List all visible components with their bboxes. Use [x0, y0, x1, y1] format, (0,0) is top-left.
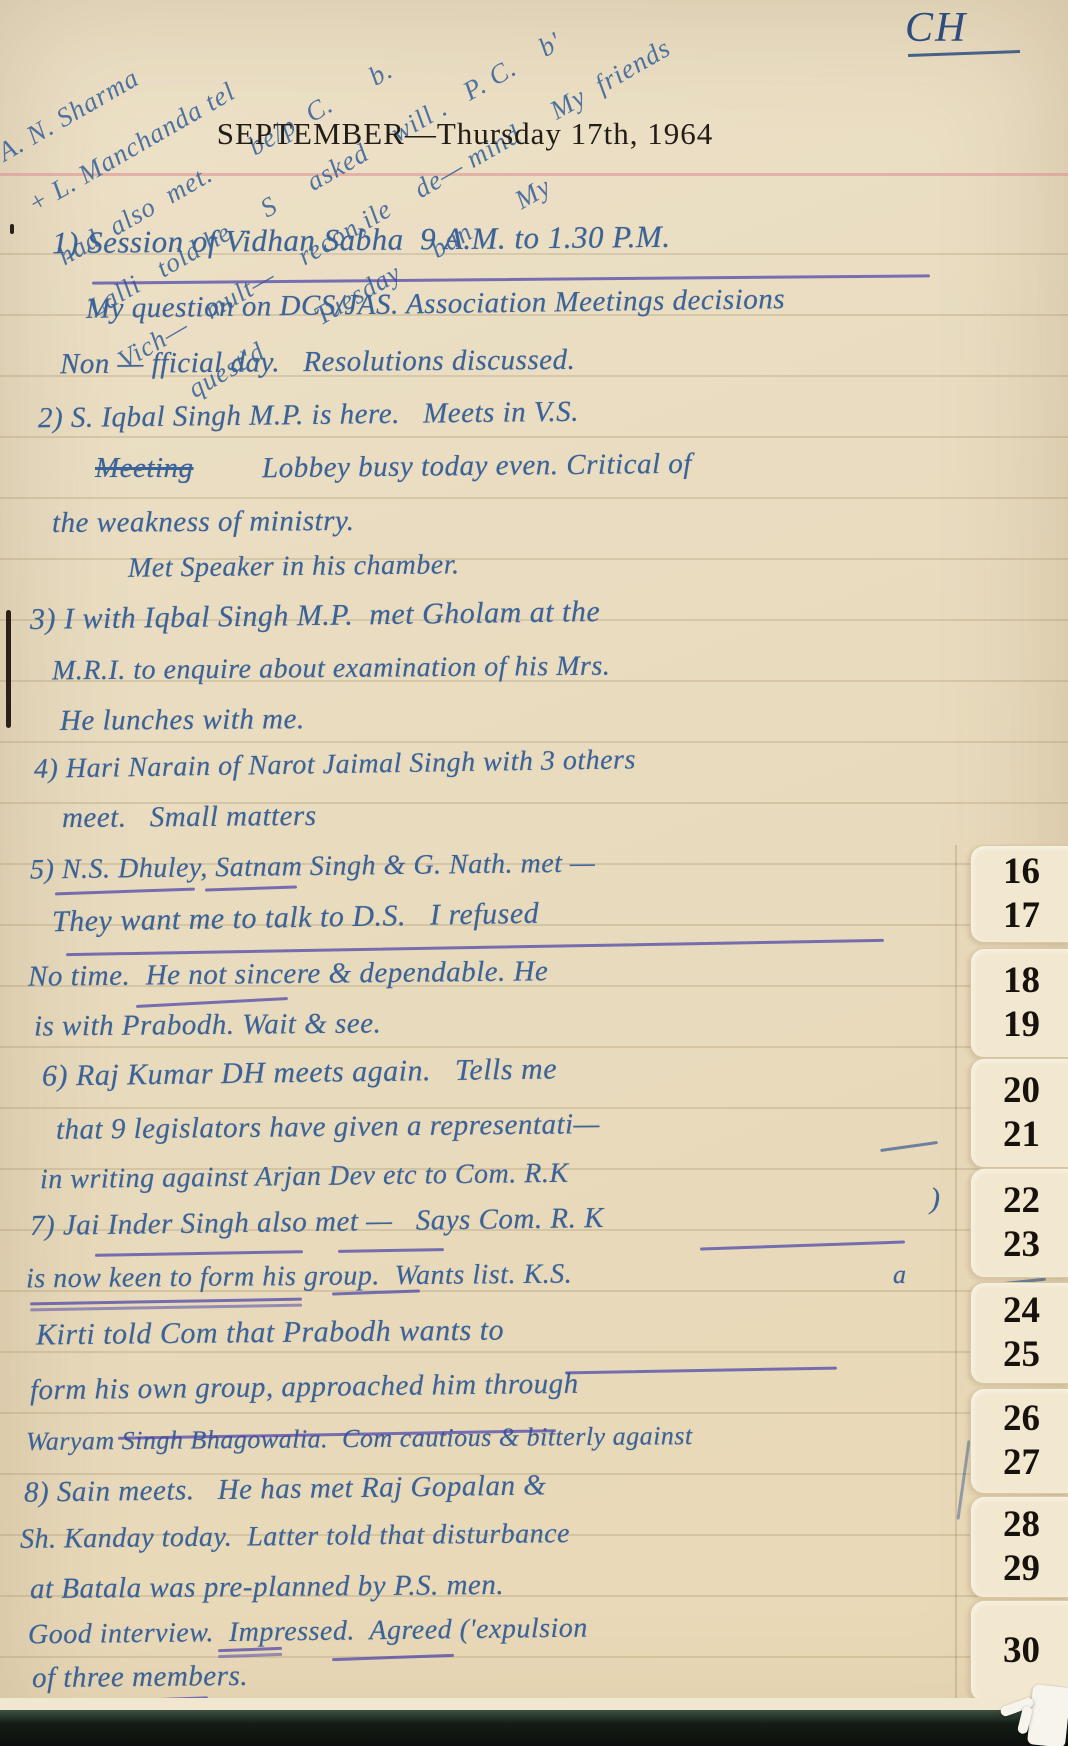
ink-underline-double	[30, 1298, 302, 1306]
binding-stitch	[6, 610, 11, 728]
thumb-tab-26-27: 26 27	[970, 1388, 1068, 1494]
thumb-tab-28-29: 28 29	[970, 1496, 1068, 1598]
entry-line: is now keen to form his group. Wants lis…	[26, 1259, 572, 1296]
entry-line: M.R.I. to enquire about examination of h…	[52, 651, 611, 688]
entry-line: 6) Raj Kumar DH meets again. Tells me	[42, 1052, 557, 1093]
struck-word: Meeting	[95, 452, 194, 485]
tab-number: 18	[971, 960, 1068, 1002]
binding-stitch	[10, 224, 14, 234]
tab-number: 30	[971, 1630, 1068, 1672]
entry-line: 1) Session of Vidhan Sabha 9 A.M. to 1.3…	[52, 219, 671, 261]
diary-page-scan: A. N. Sharma + L. Manchanda tel had also…	[0, 0, 1068, 1746]
ink-underline	[66, 939, 884, 956]
tab-number: 29	[971, 1548, 1068, 1590]
entry-line: 3) I with Iqbal Singh M.P. met Gholam at…	[30, 595, 601, 637]
tab-number: 26	[971, 1398, 1068, 1440]
thumb-tab-20-21: 20 21	[970, 1058, 1068, 1168]
entry-line: in writing against Arjan Dev etc to Com.…	[40, 1158, 569, 1196]
entry-line: Kirti told Com that Prabodh wants to	[36, 1314, 504, 1353]
tab-number: 23	[971, 1224, 1068, 1266]
ink-underline	[332, 1654, 454, 1661]
thumb-tab-16-17: 16 17	[970, 845, 1068, 943]
cover-band	[0, 1710, 1068, 1746]
ink-underline	[700, 1240, 905, 1250]
entry-line: Sh. Kanday today. Latter told that distu…	[20, 1518, 570, 1556]
entry-line: that 9 legislators have given a represen…	[56, 1108, 600, 1147]
tab-number: 16	[971, 851, 1068, 893]
entry-line: He lunches with me.	[60, 703, 305, 738]
entry-line: No time. He not sincere & dependable. He	[28, 955, 549, 993]
entry-line: 2) S. Iqbal Singh M.P. is here. Meets in…	[38, 396, 579, 436]
stray-scribble	[956, 1440, 970, 1520]
ink-dash	[880, 1141, 938, 1152]
entry-line: Non — fficial day. Resolutions discussed…	[60, 344, 576, 381]
tab-number: 28	[971, 1504, 1068, 1546]
stray-mark: )	[930, 1182, 941, 1216]
tab-number: 25	[971, 1334, 1068, 1376]
entry-line: 5) N.S. Dhuley, Satnam Singh & G. Nath. …	[30, 848, 596, 887]
entry-line: 8) Sain meets. He has met Raj Gopalan &	[24, 1469, 547, 1509]
entry-line: Good interview. Impressed. Agreed ('expu…	[28, 1613, 588, 1652]
entry-line: 4) Hari Narain of Narot Jaimal Singh wit…	[34, 744, 636, 785]
ink-underline	[95, 1250, 303, 1257]
page-edge-crease	[955, 845, 957, 1700]
ink-underline	[55, 888, 195, 896]
entry-line: the weakness of ministry.	[52, 505, 355, 540]
tab-number: 27	[971, 1442, 1068, 1484]
tab-number: 17	[971, 895, 1068, 937]
tab-number: 19	[971, 1004, 1068, 1046]
thumb-tab-24-25: 24 25	[970, 1282, 1068, 1384]
tab-number: 21	[971, 1114, 1068, 1156]
ink-underline	[565, 1367, 837, 1375]
thumb-tab-18-19: 18 19	[970, 948, 1068, 1058]
entry-line: They want me to talk to D.S. I refused	[52, 897, 540, 939]
torn-paper-patch	[1027, 1684, 1068, 1746]
ink-underline	[338, 1248, 444, 1253]
ink-underline	[205, 885, 297, 891]
entry-line: Lobbey busy today even. Critical of	[262, 448, 692, 485]
tab-number: 22	[971, 1180, 1068, 1222]
entry-line: form his own group, approached him throu…	[30, 1368, 579, 1408]
tab-number: 24	[971, 1290, 1068, 1332]
entry-line: is with Prabodh. Wait & see.	[34, 1007, 382, 1043]
tab-number: 20	[971, 1070, 1068, 1112]
entry-line: Met Speaker in his chamber.	[128, 549, 460, 584]
entry-line: 7) Jai Inder Singh also met — Says Com. …	[30, 1202, 604, 1243]
thumb-tab-22-23: 22 23	[970, 1168, 1068, 1278]
ink-underline	[136, 997, 288, 1008]
printed-date-header: SEPTEMBER—Thursday 17th, 1964	[0, 116, 930, 152]
corner-initials: CH	[905, 4, 967, 52]
entry-line: of three members.	[32, 1660, 248, 1695]
entry-line: meet. Small matters	[62, 800, 317, 835]
entry-line: at Batala was pre-planned by P.S. men.	[30, 1569, 504, 1606]
stray-mark: a	[893, 1260, 907, 1290]
